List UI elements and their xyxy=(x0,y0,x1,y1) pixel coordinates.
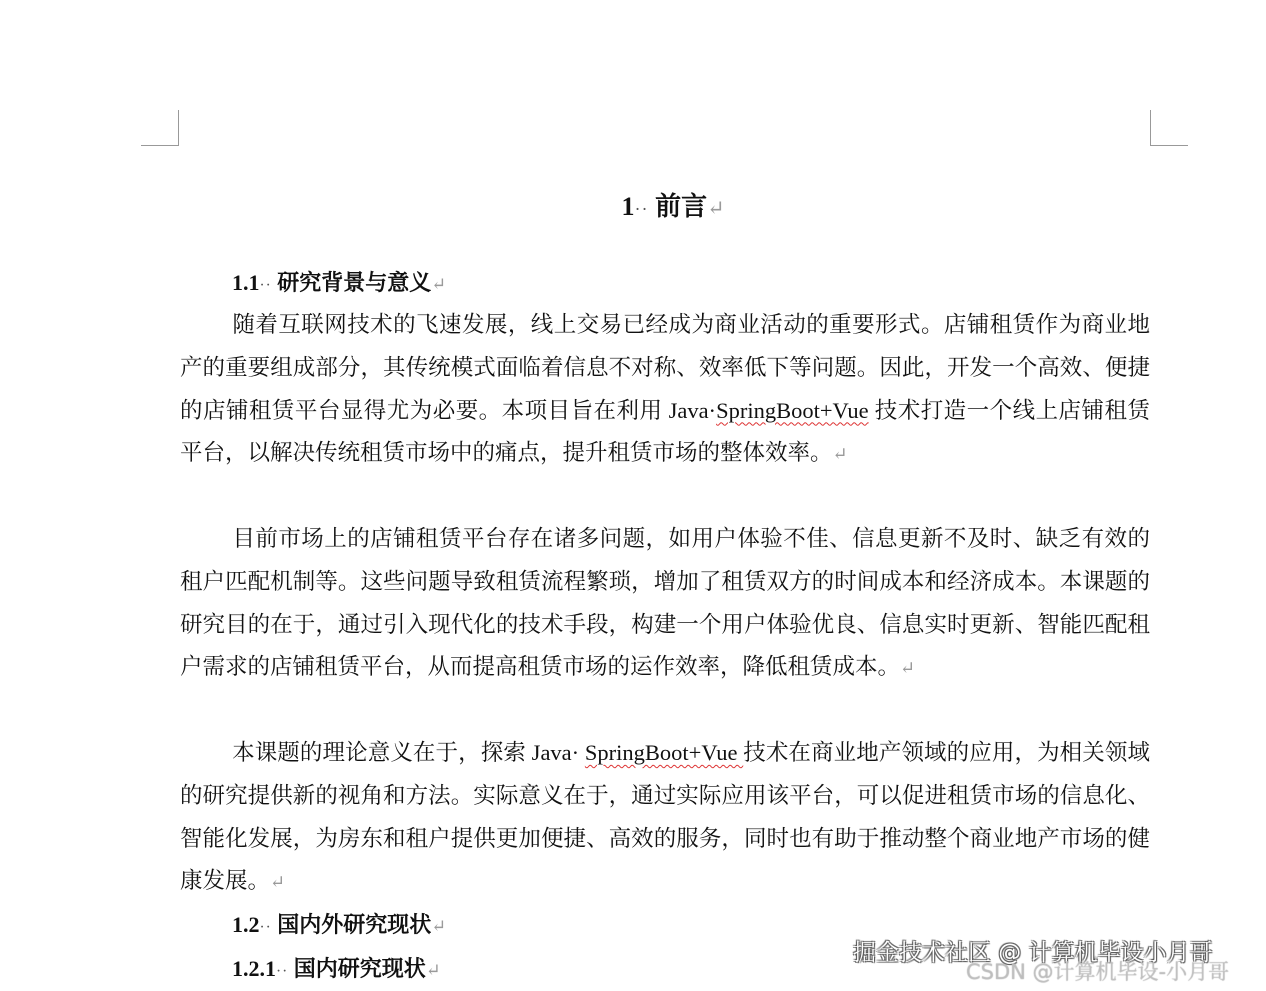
chapter-heading: 1·· 前言↵ xyxy=(0,186,1266,223)
body-paragraph-1: 随着互联网技术的飞速发展，线上交易已经成为商业活动的重要形式。店铺租赁作为商业地… xyxy=(180,304,1150,476)
section-title: 研究背景与意义 xyxy=(277,270,431,295)
page-corner-mark-top-left xyxy=(141,110,179,146)
spellcheck-flagged-text[interactable]: SpringBoot+Vue xyxy=(716,398,869,423)
section-title: 国内外研究现状 xyxy=(277,912,431,937)
page-corner-mark-top-right xyxy=(1150,110,1188,146)
chapter-title-text: 前言 xyxy=(655,192,707,221)
paragraph-mark-icon: ↵ xyxy=(431,274,446,294)
section-title: 国内研究现状 xyxy=(294,956,426,981)
paragraph-mark-icon: ↵ xyxy=(431,916,446,936)
paragraph-mark-icon: ↵ xyxy=(833,444,848,464)
section-number: 1.1 xyxy=(232,270,260,295)
space-marks: ·· xyxy=(260,277,272,294)
section-heading-1-1: 1.1·· 研究背景与意义↵ xyxy=(232,266,446,297)
paragraph-mark-icon: ↵ xyxy=(270,872,285,892)
chapter-number: 1 xyxy=(621,192,634,221)
spellcheck-flagged-text[interactable]: SpringBoot+Vue xyxy=(585,740,743,765)
space-marks: ·· xyxy=(260,919,272,936)
paragraph-mark-icon: ↵ xyxy=(707,197,724,220)
section-number: 1.2 xyxy=(232,912,260,937)
space-marks: ·· xyxy=(634,199,648,219)
space-marks: ·· xyxy=(276,963,288,980)
body-paragraph-2: 目前市场上的店铺租赁平台存在诸多问题，如用户体验不佳、信息更新不及时、缺乏有效的… xyxy=(180,518,1150,690)
paragraph-mark-icon: ↵ xyxy=(900,658,915,678)
section-heading-1-2-1: 1.2.1·· 国内研究现状↵ xyxy=(232,952,441,983)
body-paragraph-3: 本课题的理论意义在于，探索 Java· SpringBoot+Vue 技术在商业… xyxy=(180,732,1150,904)
section-heading-1-2: 1.2·· 国内外研究现状↵ xyxy=(232,908,446,939)
watermark-csdn: CSDN @计算机毕设-小月哥 xyxy=(966,956,1229,986)
section-number: 1.2.1 xyxy=(232,956,276,981)
paragraph-mark-icon: ↵ xyxy=(426,960,441,980)
paragraph-text: 本课题的理论意义在于，探索 Java· xyxy=(232,740,585,765)
paragraph-text: 目前市场上的店铺租赁平台存在诸多问题，如用户体验不佳、信息更新不及时、缺乏有效的… xyxy=(180,526,1150,679)
